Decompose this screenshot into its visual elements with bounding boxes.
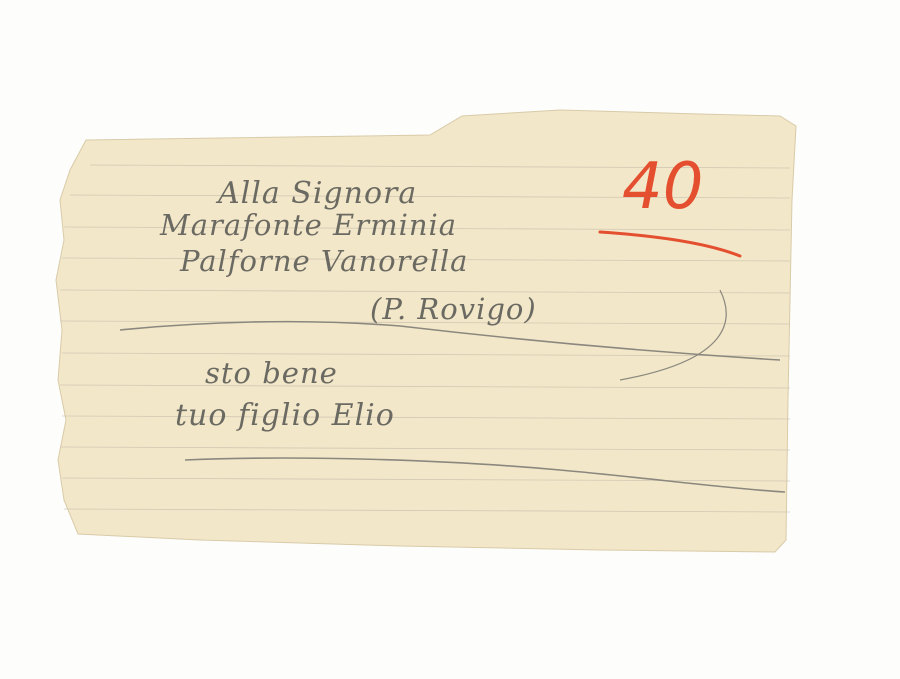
- address-line-3: Palforne Vanorella: [180, 244, 468, 278]
- scanned-note: Alla Signora Marafonte Erminia Palforne …: [0, 0, 900, 679]
- paper-sheet: [0, 0, 900, 679]
- red-number-annotation: 40: [622, 150, 703, 224]
- address-line-2: Marafonte Erminia: [160, 208, 457, 242]
- address-line-1: Alla Signora: [218, 176, 417, 211]
- signature-line: tuo figlio Elio: [175, 398, 395, 433]
- message-line: sto bene: [205, 356, 338, 390]
- address-line-4: (P. Rovigo): [370, 292, 537, 326]
